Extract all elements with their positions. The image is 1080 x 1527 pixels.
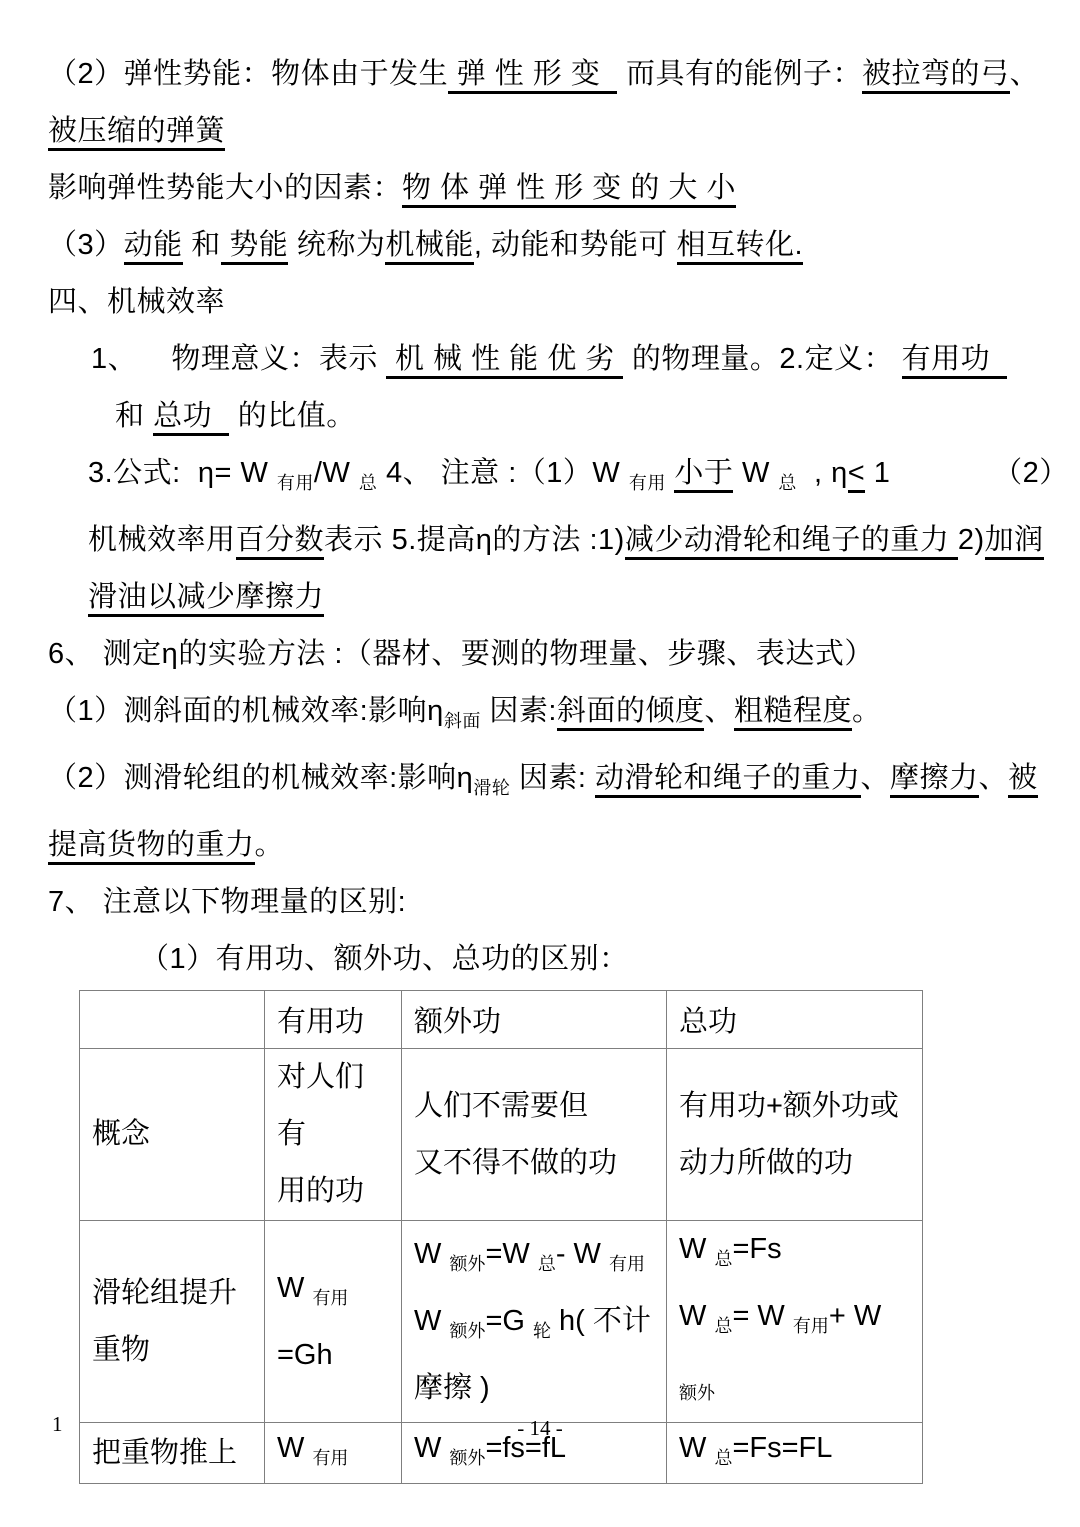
text-segment: 被压缩的弹簧 — [48, 115, 225, 151]
text-segment: = W — [732, 1300, 792, 1332]
table-cell: 有用功+额外功或动力所做的功 — [667, 1049, 923, 1221]
text-segment: /W — [314, 457, 359, 489]
text-segment: 有用 — [793, 1316, 829, 1336]
text-segment: =Fs — [732, 1233, 781, 1265]
table-cell-line: 有用功+额外功或 — [679, 1078, 920, 1135]
table-header-cell — [80, 991, 265, 1049]
text-line: 影响弹性势能大小的因素：物 体 弹 性 形 变 的 大 小 — [48, 160, 1044, 217]
text-line: （3）动能 和 势能 统称为机械能, 动能和势能可 相互转化. — [48, 217, 1044, 274]
text-line: 1、 物理意义：表示 机 械 性 能 优 劣 的物理量。2.定义： 有用功 — [48, 331, 1044, 388]
text-segment: （3） — [48, 229, 124, 261]
text-segment: 斜面的倾度 — [557, 695, 705, 731]
text-segment: 机 械 性 能 优 劣 — [386, 343, 623, 379]
text-segment: 总功 — [153, 400, 229, 436]
text-segment: 因素: — [510, 762, 595, 794]
table-cell-line: W 总=Fs — [679, 1221, 920, 1288]
text-segment: 和 — [115, 400, 153, 432]
text-segment: 额外 — [449, 1254, 485, 1274]
text-segment: 、 — [861, 762, 891, 794]
text-segment: 1 — [865, 457, 890, 489]
text-segment: 小于 — [674, 457, 733, 493]
text-segment: 相互转化. — [677, 229, 804, 265]
text-segment: 加润 — [985, 524, 1044, 560]
table-cell-line: 有 — [277, 1106, 399, 1163]
text-segment: （1）测斜面的机械效率:影响η — [48, 695, 444, 727]
table-cell: 概念 — [80, 1049, 265, 1221]
text-segment: , η — [797, 457, 848, 489]
table-cell-line: 动力所做的功 — [679, 1135, 920, 1192]
table-cell-line: 额外 — [679, 1355, 920, 1422]
text-segment: 有用功+额外功或 — [679, 1090, 899, 1122]
table-cell-line: W 额外=G 轮 h( 不计 — [414, 1293, 664, 1360]
text-segment: （1）有用功、额外功、总功的区别： — [140, 943, 629, 975]
text-segment: 对人们 — [277, 1061, 364, 1093]
text-segment: 斜面 — [444, 711, 481, 731]
table-cell-line: 又不得不做的功 — [414, 1135, 664, 1192]
text-segment: （2）弹性势能：物体由于发生 — [48, 58, 448, 90]
text-segment: 有用 — [629, 473, 666, 493]
document-body: （2）弹性势能：物体由于发生 弹 性 形 变 而具有的能例子：被拉弯的弓、被压缩… — [0, 0, 1080, 988]
text-segment: 总 — [359, 473, 378, 493]
table-cell-line: 重物 — [92, 1322, 262, 1379]
table-cell: W 有用=Gh — [265, 1221, 402, 1423]
table-header-cell: 有用功 — [265, 991, 402, 1049]
text-segment: 动力所做的功 — [679, 1147, 853, 1179]
text-segment: 物 体 弹 性 形 变 的 大 小 — [402, 172, 736, 208]
text-line: （2）弹性势能：物体由于发生 弹 性 形 变 而具有的能例子：被拉弯的弓、 — [48, 46, 1044, 103]
text-segment: 被 — [1008, 762, 1038, 798]
text-segment: 2) — [958, 524, 985, 556]
text-segment: 机械效率用 — [88, 524, 236, 556]
table-cell-line: =Gh — [277, 1327, 399, 1384]
text-segment: h( 不计 — [551, 1305, 651, 1337]
footer-page-number: - 14 - — [0, 1416, 1080, 1441]
text-segment: 1、 物理意义：表示 — [91, 343, 386, 375]
text-segment: 影响弹性势能大小的因素： — [48, 172, 402, 204]
text-segment: 轮 — [533, 1321, 551, 1341]
table-cell-line: W 额外=W 总- W 有用 — [414, 1226, 664, 1293]
text-segment: 统称为 — [288, 229, 385, 261]
text-segment: W — [414, 1305, 449, 1337]
table-cell-line: W 有用 — [277, 1260, 399, 1327]
text-segment: 的物理量。2.定义： — [623, 343, 901, 375]
text-segment: 表示 5.提高η的方法 :1) — [324, 524, 625, 556]
text-line: 机械效率用百分数表示 5.提高η的方法 :1)减少动滑轮和绳子的重力 2)加润 — [48, 512, 1044, 569]
table-cell: 对人们有用的功 — [265, 1049, 402, 1221]
text-segment: 把重物推上 — [92, 1437, 237, 1469]
text-segment: 动滑轮和绳子的重力 — [595, 762, 861, 798]
text-segment: 滑油以减少摩擦力 — [88, 581, 324, 617]
text-segment: 4、 注意 :（1）W — [377, 457, 628, 489]
text-segment: 粗糙程度 — [734, 695, 852, 731]
text-segment: 的比值。 — [229, 400, 356, 432]
text-segment: 7、 注意以下物理量的区别: — [48, 886, 406, 918]
text-line: 6、 测定η的实验方法 :（器材、要测的物理量、步骤、表达式） — [48, 626, 1044, 683]
text-segment: W — [679, 1233, 714, 1265]
text-segment: 和 — [183, 229, 221, 261]
text-segment: 总 — [714, 1316, 732, 1336]
text-segment: 又不得不做的功 — [414, 1147, 617, 1179]
text-segment: =Gh — [277, 1339, 333, 1371]
text-segment: 。 — [255, 829, 285, 861]
text-segment: =G — [485, 1305, 533, 1337]
text-segment: 减少动滑轮和绳子的重力 — [625, 524, 958, 560]
text-line: 7、 注意以下物理量的区别: — [48, 874, 1044, 931]
text-segment: 机械能 — [385, 229, 474, 265]
text-segment: 百分数 — [236, 524, 325, 560]
text-segment: 总 — [538, 1254, 556, 1274]
table-cell-line: 滑轮组提升 — [92, 1265, 262, 1322]
table-header-cell: 额外功 — [402, 991, 667, 1049]
table-cell: 滑轮组提升重物 — [80, 1221, 265, 1423]
text-segment: 额外 — [449, 1448, 485, 1468]
text-line: 和 总功 的比值。 — [48, 388, 1044, 445]
text-segment: =W — [485, 1238, 537, 1270]
table-header-cell: 总功 — [667, 991, 923, 1049]
text-segment: 摩擦 ) — [414, 1372, 490, 1404]
text-line: （1）测斜面的机械效率:影响η斜面 因素:斜面的倾度、粗糙程度。 — [48, 683, 1044, 750]
text-segment: 摩擦力 — [890, 762, 979, 798]
text-segment: 有用功 — [902, 343, 1008, 379]
text-segment: 总 — [778, 473, 797, 493]
text-segment: 滑轮 — [473, 778, 510, 798]
text-segment: 被拉弯的弓 — [862, 58, 1010, 94]
text-segment: 用的功 — [277, 1175, 364, 1207]
text-segment: 。 — [852, 695, 882, 727]
table-row: 滑轮组提升重物W 有用=GhW 额外=W 总- W 有用W 额外=G 轮 h( … — [80, 1221, 923, 1423]
text-segment: 因素: — [481, 695, 557, 727]
table-cell-line: 概念 — [92, 1106, 262, 1163]
text-segment: 有用 — [277, 473, 314, 493]
text-segment: 总 — [714, 1448, 732, 1468]
text-segment: 有用 — [609, 1254, 645, 1274]
text-segment: < — [848, 457, 865, 493]
text-segment: 额外 — [449, 1321, 485, 1341]
text-line: （2）测滑轮组的机械效率:影响η滑轮 因素: 动滑轮和绳子的重力、摩擦力、被 — [48, 750, 1044, 817]
table-cell-line: 人们不需要但 — [414, 1078, 664, 1135]
text-line: 被压缩的弹簧 — [48, 103, 1044, 160]
document-page: （2）弹性势能：物体由于发生 弹 性 形 变 而具有的能例子：被拉弯的弓、被压缩… — [0, 0, 1080, 1527]
text-segment: W — [733, 457, 778, 489]
text-segment: 、 — [979, 762, 1009, 794]
text-segment: W — [679, 1300, 714, 1332]
table-header-row: 有用功额外功总功 — [80, 991, 923, 1049]
table-cell-line: 用的功 — [277, 1163, 399, 1220]
table-cell: 人们不需要但又不得不做的功 — [402, 1049, 667, 1221]
text-segment: 人们不需要但 — [414, 1090, 588, 1122]
text-line: 3.公式: η= W 有用/W 总 4、 注意 :（1）W 有用 小于 W 总 … — [48, 445, 1044, 512]
table-cell-line: 摩擦 ) — [414, 1360, 664, 1417]
table-cell-line: 对人们 — [277, 1049, 399, 1106]
text-segment: W — [277, 1272, 312, 1304]
text-segment: 有 — [277, 1118, 306, 1150]
text-segment: 额外 — [679, 1383, 715, 1403]
text-segment: 总 — [714, 1249, 732, 1269]
text-line: （1）有用功、额外功、总功的区别： — [48, 931, 1044, 988]
text-segment: 、 — [704, 695, 734, 727]
text-segment: 3.公式: η= W — [88, 457, 277, 489]
text-segment: - W — [556, 1238, 609, 1270]
text-segment: 四、机械效率 — [48, 286, 225, 318]
table-row: 概念对人们有用的功人们不需要但又不得不做的功有用功+额外功或动力所做的功 — [80, 1049, 923, 1221]
text-segment: 提高货物的重力 — [48, 829, 255, 865]
text-line: 滑油以减少摩擦力 — [48, 569, 1044, 626]
text-segment: W — [414, 1238, 449, 1270]
text-segment: （2）测滑轮组的机械效率:影响η — [48, 762, 473, 794]
text-segment: 滑轮组提升 — [92, 1277, 237, 1309]
text-segment: 概念 — [92, 1118, 150, 1150]
text-segment: 势能 — [221, 229, 289, 265]
table-cell: W 总=FsW 总= W 有用+ W额外 — [667, 1221, 923, 1423]
text-segment: 有用 — [312, 1448, 348, 1468]
work-comparison-table: 有用功额外功总功 概念对人们有用的功人们不需要但又不得不做的功有用功+额外功或动… — [79, 990, 923, 1484]
text-segment: 6、 测定η的实验方法 :（器材、要测的物理量、步骤、表达式） — [48, 638, 874, 670]
table-cell: W 额外=W 总- W 有用W 额外=G 轮 h( 不计摩擦 ) — [402, 1221, 667, 1423]
text-segment: , 动能和势能可 — [474, 229, 677, 261]
text-segment: 重物 — [92, 1334, 150, 1366]
text-segment: 有用 — [312, 1288, 348, 1308]
text-segment: + W — [829, 1300, 881, 1332]
text-segment: 动能 — [124, 229, 183, 265]
table-cell-line: W 总= W 有用+ W — [679, 1288, 920, 1355]
text-line: 四、机械效率 — [48, 274, 1044, 331]
text-segment: 、 — [1010, 58, 1040, 90]
text-segment: 弹 性 形 变 — [448, 58, 617, 94]
text-segment: 而具有的能例子： — [617, 58, 862, 90]
text-segment: （2） — [890, 457, 1068, 489]
text-line: 提高货物的重力。 — [48, 817, 1044, 874]
